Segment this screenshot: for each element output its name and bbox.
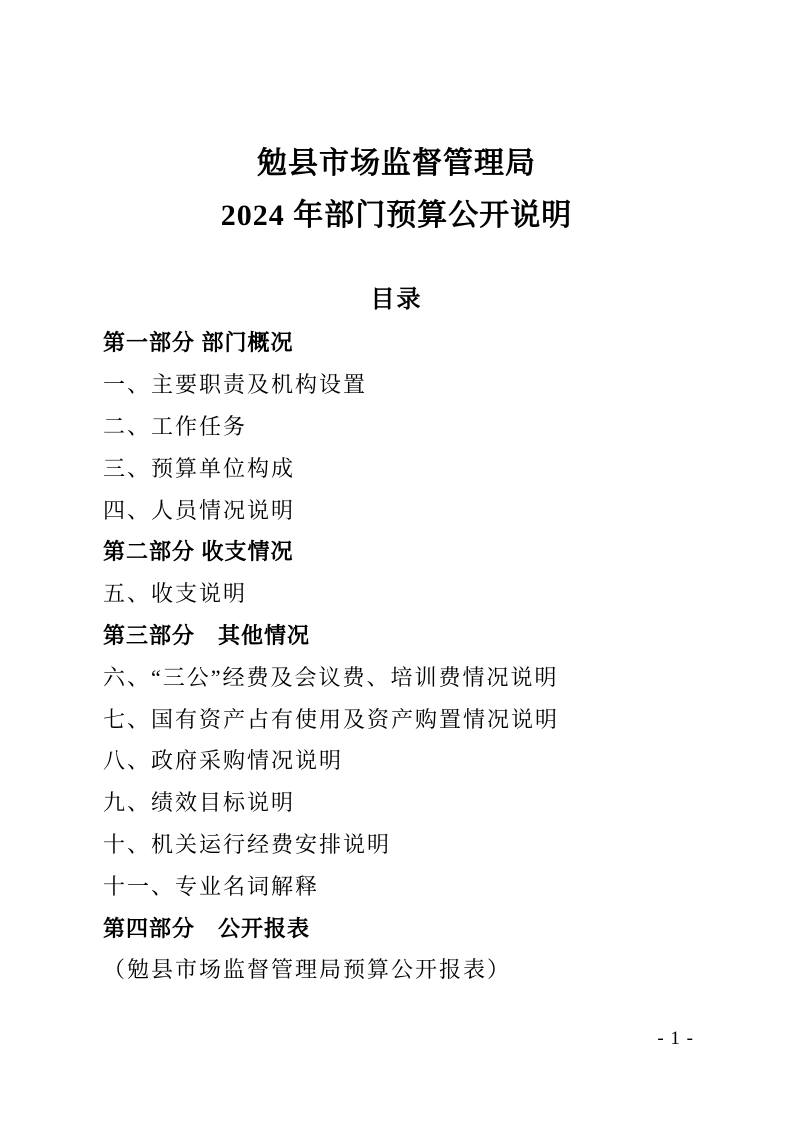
toc-item-7: 七、国有资产占有使用及资产购置情况说明	[103, 697, 703, 739]
toc-item-9: 九、绩效目标说明	[103, 781, 703, 823]
toc-section-part1: 第一部分 部门概况	[103, 321, 703, 363]
toc-item-5: 五、收支说明	[103, 572, 703, 614]
toc-item-2: 二、工作任务	[103, 405, 703, 447]
page-number: - 1 -	[657, 1028, 694, 1050]
toc-section-part4: 第四部分 公开报表	[103, 906, 703, 948]
document-page: 勉县市场监督管理局 2024 年部门预算公开说明 目录 第一部分 部门概况 一、…	[0, 0, 793, 1122]
toc-section-part3: 第三部分 其他情况	[103, 614, 703, 656]
toc-item-3: 三、预算单位构成	[103, 446, 703, 488]
document-title-line-2: 2024 年部门预算公开说明	[0, 190, 793, 242]
toc-item-6: 六、“三公”经费及会议费、培训费情况说明	[103, 655, 703, 697]
document-title: 勉县市场监督管理局 2024 年部门预算公开说明	[0, 138, 793, 242]
toc-item-4: 四、人员情况说明	[103, 488, 703, 530]
toc-section-part2: 第二部分 收支情况	[103, 530, 703, 572]
toc-heading: 目录	[0, 284, 793, 316]
toc-item-1: 一、主要职责及机构设置	[103, 363, 703, 405]
table-of-contents: 第一部分 部门概况 一、主要职责及机构设置 二、工作任务 三、预算单位构成 四、…	[103, 321, 703, 990]
toc-item-11: 十一、专业名词解释	[103, 864, 703, 906]
document-title-line-1: 勉县市场监督管理局	[0, 138, 793, 190]
toc-item-8: 八、政府采购情况说明	[103, 739, 703, 781]
toc-item-10: 十、机关运行经费安排说明	[103, 823, 703, 865]
toc-item-report-note: （勉县市场监督管理局预算公开报表）	[103, 948, 703, 990]
